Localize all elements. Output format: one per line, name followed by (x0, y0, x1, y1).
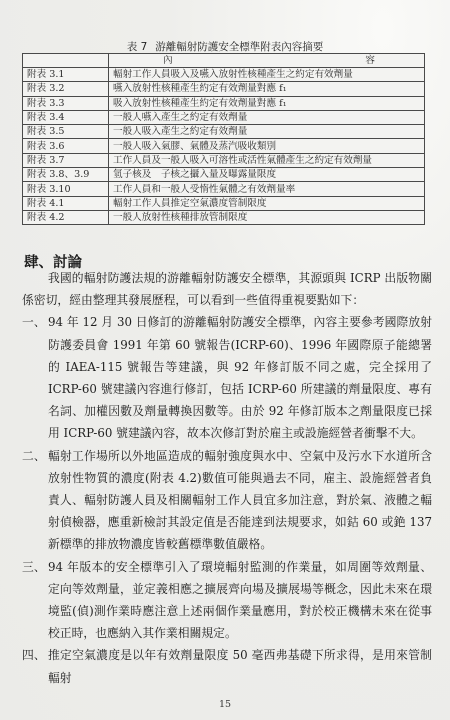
header-cell-content: 內容 (109, 54, 425, 68)
row-label: 附表 3.8、3.9 (23, 168, 109, 182)
header-content-left: 內 (163, 54, 173, 67)
table-row: 附表 4.1輻射工作人員推定空氣濃度管制限度 (23, 196, 425, 210)
row-content: 輻射工作人員吸入及嚥入放射性核種產生之約定有效劑量 (109, 68, 425, 82)
row-label: 附表 3.5 (23, 125, 109, 139)
row-label: 附表 3.6 (23, 139, 109, 153)
row-label: 附表 3.1 (23, 68, 109, 82)
page-number: 15 (0, 699, 450, 710)
row-content: 吸入放射性核種產生約定有效劑量對應 f₁ (109, 96, 425, 110)
document-page: 表 7游離輻射防護安全標準附表內容摘要 內容 附表 3.1輻射工作人員吸入及嚥入… (0, 0, 450, 720)
intro-paragraph: 我國的輻射防護法規的游離輻射防護安全標準，其源頭與 ICRP 出版物關係密切，經… (22, 267, 432, 311)
list-item-marker: 一、 (22, 311, 48, 444)
list-item-marker: 四、 (22, 644, 48, 688)
row-content: 氫子核及 子核之攝入量及曝露量限度 (109, 168, 425, 182)
row-content: 一般人吸入氣膠、氣體及蒸汽吸收類別 (109, 139, 425, 153)
table-row: 附表 4.2一般人放射性核種排放管制限度 (23, 210, 425, 224)
list-item: 三、 94 年版本的安全標準引入了環境輻射監測的作業量，如周圍等效劑量、定向等效… (22, 556, 432, 645)
row-label: 附表 4.2 (23, 210, 109, 224)
row-content: 一般人吸入產生之約定有效劑量 (109, 125, 425, 139)
row-content: 一般人嚥入產生之約定有效劑量 (109, 110, 425, 124)
list-item-text: 推定空氣濃度是以年有效劑量限度 50 毫西弗基礎下所求得，是用來管制輻射 (48, 644, 432, 688)
header-content-right: 容 (365, 54, 375, 67)
list-item-text: 輻射工作場所以外地區造成的輻射強度與水中、空氣中及污水下水道所含放射性物質的濃度… (48, 445, 432, 556)
row-label: 附表 3.7 (23, 153, 109, 167)
table-row: 附表 3.1輻射工作人員吸入及嚥入放射性核種產生之約定有效劑量 (23, 68, 425, 82)
list-item: 四、 推定空氣濃度是以年有效劑量限度 50 毫西弗基礎下所求得，是用來管制輻射 (22, 644, 432, 688)
table-row: 附表 3.4一般人嚥入產生之約定有效劑量 (23, 110, 425, 124)
list-item: 二、 輻射工作場所以外地區造成的輻射強度與水中、空氣中及污水下水道所含放射性物質… (22, 445, 432, 556)
row-content: 嚥入放射性核種產生約定有效劑量對應 f₁ (109, 82, 425, 96)
row-label: 附表 3.3 (23, 96, 109, 110)
table-caption: 表 7游離輻射防護安全標準附表內容摘要 (0, 39, 450, 54)
table-row: 附表 3.8、3.9氫子核及 子核之攝入量及曝露量限度 (23, 168, 425, 182)
table-row: 附表 3.6一般人吸入氣膠、氣體及蒸汽吸收類別 (23, 139, 425, 153)
section-body: 我國的輻射防護法規的游離輻射防護安全標準，其源頭與 ICRP 出版物關係密切，經… (22, 267, 432, 689)
row-label: 附表 3.10 (23, 182, 109, 196)
row-label: 附表 4.1 (23, 196, 109, 210)
list-item-marker: 二、 (22, 445, 48, 556)
list-item-text: 94 年版本的安全標準引入了環境輻射監測的作業量，如周圍等效劑量、定向等效劑量，… (48, 556, 432, 645)
table-caption-number: 表 7 (127, 41, 148, 53)
table-caption-title: 游離輻射防護安全標準附表內容摘要 (155, 41, 323, 53)
appendix-summary-table: 內容 附表 3.1輻射工作人員吸入及嚥入放射性核種產生之約定有效劑量 附表 3.… (22, 53, 425, 225)
list-item-marker: 三、 (22, 556, 48, 645)
row-content: 輻射工作人員推定空氣濃度管制限度 (109, 196, 425, 210)
row-label: 附表 3.4 (23, 110, 109, 124)
table-header-row: 內容 (23, 54, 425, 68)
table-row: 附表 3.2嚥入放射性核種產生約定有效劑量對應 f₁ (23, 82, 425, 96)
list-item: 一、 94 年 12 月 30 日修訂的游離輻射防護安全標準，內容主要參考國際放… (22, 311, 432, 444)
table-row: 附表 3.10工作人員和一般人受惰性氣體之有效劑量率 (23, 182, 425, 196)
list-item-text: 94 年 12 月 30 日修訂的游離輻射防護安全標準，內容主要參考國際放射防護… (48, 311, 432, 444)
table-row: 附表 3.3吸入放射性核種產生約定有效劑量對應 f₁ (23, 96, 425, 110)
table-row: 附表 3.7工作人員及一般人吸入可溶性或活性氣體產生之約定有效劑量 (23, 153, 425, 167)
row-content: 工作人員和一般人受惰性氣體之有效劑量率 (109, 182, 425, 196)
header-cell-label (23, 54, 109, 68)
row-label: 附表 3.2 (23, 82, 109, 96)
table-row: 附表 3.5一般人吸入產生之約定有效劑量 (23, 125, 425, 139)
row-content: 工作人員及一般人吸入可溶性或活性氣體產生之約定有效劑量 (109, 153, 425, 167)
row-content: 一般人放射性核種排放管制限度 (109, 210, 425, 224)
